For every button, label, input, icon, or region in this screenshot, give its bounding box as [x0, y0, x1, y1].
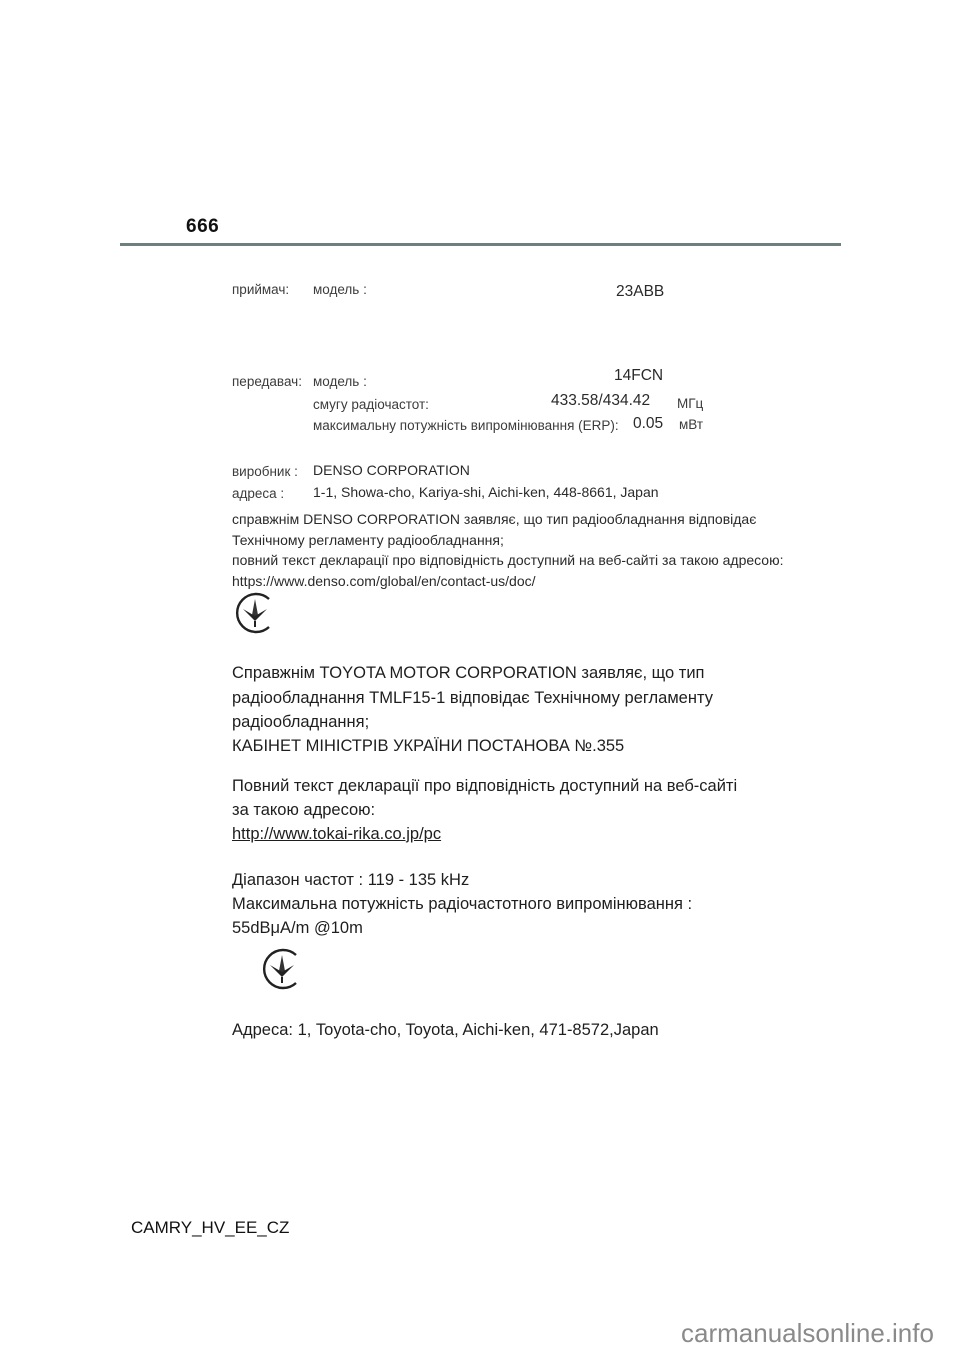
document-code: CAMRY_HV_EE_CZ [131, 1218, 289, 1238]
toyota-declaration-line-3: радіообладнання; [232, 710, 369, 735]
power-value: 0.05 [633, 415, 663, 433]
frequency-range: Діапазон частот : 119 - 135 kHz [232, 868, 469, 893]
toyota-fulltext-line-2: за такою адресою: [232, 798, 375, 823]
denso-url[interactable]: https://www.denso.com/global/en/contact-… [232, 573, 536, 589]
transmitter-model-label: модель : [313, 374, 367, 389]
band-value: 433.58/434.42 [551, 392, 650, 410]
toyota-fulltext-line-1: Повний текст декларації про відповідніст… [232, 774, 737, 799]
transmitter-model-value: 14FCN [614, 367, 663, 385]
manufacturer-value: DENSO CORPORATION [313, 462, 470, 478]
tokai-rika-url-link[interactable]: http://www.tokai-rika.co.jp/pc [232, 822, 441, 847]
transmitter-label: передавач: [232, 374, 302, 389]
manufacturer-label: виробник : [232, 464, 298, 479]
denso-declaration-line-3: повний текст декларації про відповідніст… [232, 552, 783, 568]
page-number: 666 [186, 216, 219, 238]
band-label: смугу радіочастот: [313, 397, 429, 412]
power-unit: мВт [679, 417, 703, 432]
address-value: 1-1, Showa-cho, Kariya-shi, Aichi-ken, 4… [313, 484, 659, 500]
toyota-declaration-line-2: радіообладнання TMLF15-1 відповідає Техн… [232, 686, 713, 711]
ukrainian-conformity-mark-icon [233, 591, 277, 635]
toyota-address: Адреса: 1, Toyota-cho, Toyota, Aichi-ken… [232, 1018, 659, 1043]
denso-declaration-line-2: Технічному регламенту радіообладнання; [232, 532, 504, 548]
power-label: максимальну потужність випромінювання (E… [313, 418, 619, 433]
max-power-value: 55dBμA/m @10m [232, 916, 363, 941]
max-power-label: Максимальна потужність радіочастотного в… [232, 892, 692, 917]
receiver-label: приймач: [232, 282, 289, 297]
toyota-declaration-line-4: КАБІНЕТ МІНІСТРІВ УКРАЇНИ ПОСТАНОВА №.35… [232, 734, 624, 759]
header-rule [120, 243, 841, 246]
toyota-declaration-line-1: Справжнім TOYOTA MOTOR CORPORATION заявл… [232, 661, 704, 686]
ukrainian-conformity-mark-icon [260, 947, 304, 991]
receiver-model-value: 23ABB [616, 283, 664, 301]
denso-declaration-line-1: справжнім DENSO CORPORATION заявляє, що … [232, 511, 756, 527]
watermark: carmanualsonline.info [681, 1318, 934, 1349]
band-unit: МГц [677, 396, 703, 411]
address-label: адреса : [232, 486, 284, 501]
receiver-model-label: модель : [313, 282, 367, 297]
